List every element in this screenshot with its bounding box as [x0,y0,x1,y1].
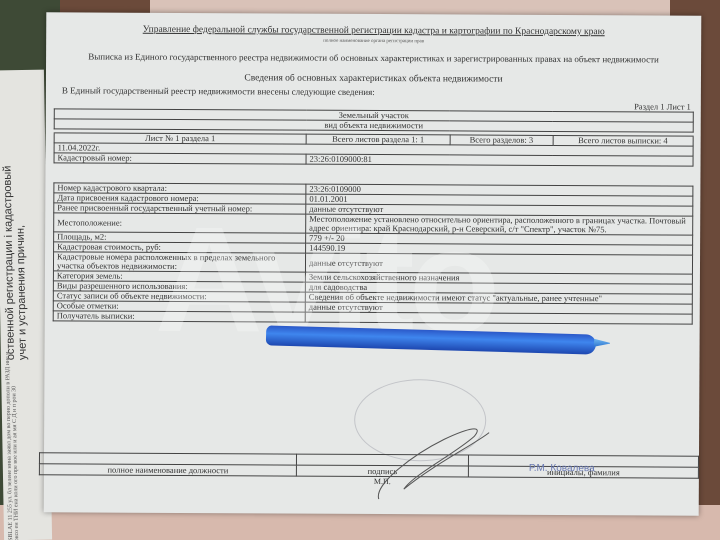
cadastral-label: Кадастровый номер: [54,153,306,164]
section-page: Раздел 1 Лист 1 [634,101,691,111]
authority-name: Управление федеральной службы государств… [46,24,701,37]
total-sections: Всего разделов: 3 [450,135,553,146]
extract-title: Выписка из Единого государственного реес… [46,51,701,64]
object-header-table: Земельный участок вид объекта недвижимос… [54,108,694,166]
authority-caption: полное наименование органа регистрации п… [46,37,701,45]
signature-scribble [374,424,494,505]
side-document-fine-print: ASBLAE 11 255 ул. бл зелене нина заявл д… [5,345,34,540]
side-document-text: оственной регистрации і кадастровый учет… [1,160,44,361]
handwritten-name: Р.М. Ковалева [529,463,595,474]
signature-table: полное наименование должности подпись ин… [39,452,699,478]
cadastral-number: 23:26:0109000:81 [306,154,693,166]
intro-text: В Единый государственный реестр недвижим… [62,85,375,97]
extract-document: Управление федеральной службы государств… [44,12,702,515]
section-heading: Сведения об основных характеристиках объ… [46,72,701,85]
position-caption: полное наименование должности [39,464,296,476]
